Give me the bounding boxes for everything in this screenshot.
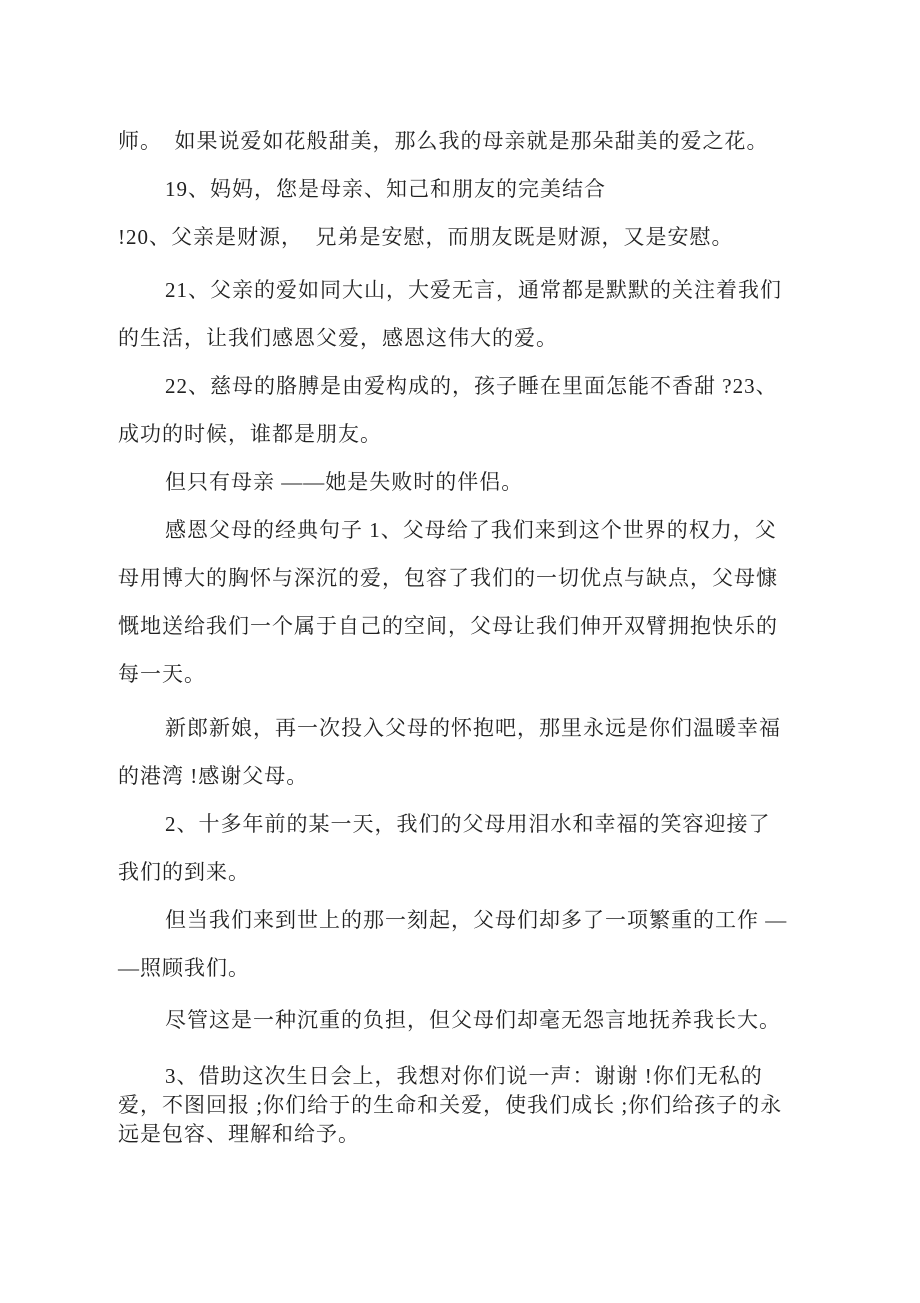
text-line: 师。 如果说爱如花般甜美，那么我的母亲就是那朵甜美的爱之花。	[118, 117, 820, 165]
text-line: 但当我们来到世上的那一刻起，父母们却多了一项繁重的工作 —	[118, 896, 820, 944]
text-line: 成功的时候，谁都是朋友。	[118, 410, 820, 458]
text-line: 19、妈妈，您是母亲、知己和朋友的完美结合	[118, 165, 820, 213]
text-line: 22、慈母的胳膊是由爱构成的，孩子睡在里面怎能不香甜 ?23、	[118, 362, 820, 410]
text-line: 的生活，让我们感恩父爱，感恩这伟大的爱。	[118, 314, 820, 362]
text-line: 感恩父母的经典句子 1、父母给了我们来到这个世界的权力，父	[118, 506, 820, 554]
paragraph: 师。 如果说爱如花般甜美，那么我的母亲就是那朵甜美的爱之花。	[118, 117, 820, 165]
paragraph: 但当我们来到世上的那一刻起，父母们却多了一项繁重的工作 — —照顾我们。	[118, 896, 820, 992]
paragraph: 感恩父母的经典句子 1、父母给了我们来到这个世界的权力，父 母用博大的胸怀与深沉…	[118, 506, 820, 698]
text-line: 母用博大的胸怀与深沉的爱，包容了我们的一切优点与缺点，父母慷	[118, 554, 820, 602]
document-page: 师。 如果说爱如花般甜美，那么我的母亲就是那朵甜美的爱之花。 19、妈妈，您是母…	[0, 0, 920, 1303]
paragraph: 但只有母亲 ——她是失败时的伴侣。	[118, 458, 820, 506]
text-line: 但只有母亲 ——她是失败时的伴侣。	[118, 458, 820, 506]
text-line: 慨地送给我们一个属于自己的空间，父母让我们伸开双臂拥抱快乐的	[118, 602, 820, 650]
text-line: 2、十多年前的某一天，我们的父母用泪水和幸福的笑容迎接了	[118, 800, 820, 848]
paragraph: 2、十多年前的某一天，我们的父母用泪水和幸福的笑容迎接了 我们的到来。	[118, 800, 820, 896]
paragraph: 3、借助这次生日会上，我想对你们说一声：谢谢 !你们无私的 爱，不图回报 ;你们…	[118, 1062, 820, 1149]
text-line: 每一天。	[118, 650, 820, 698]
text-line: 的港湾 !感谢父母。	[118, 752, 820, 800]
text-line: 新郎新娘，再一次投入父母的怀抱吧，那里永远是你们温暖幸福	[118, 704, 820, 752]
text-line: 21、父亲的爱如同大山，大爱无言，通常都是默默的关注着我们	[118, 266, 820, 314]
text-line: 爱，不图回报 ;你们给于的生命和关爱，使我们成长 ;你们给孩子的永	[118, 1091, 820, 1120]
text-line: 远是包容、理解和给予。	[118, 1120, 820, 1149]
text-line: 3、借助这次生日会上，我想对你们说一声：谢谢 !你们无私的	[118, 1062, 820, 1091]
paragraph: 21、父亲的爱如同大山，大爱无言，通常都是默默的关注着我们 的生活，让我们感恩父…	[118, 266, 820, 362]
paragraph: 尽管这是一种沉重的负担，但父母们却毫无怨言地抚养我长大。	[118, 996, 820, 1044]
paragraph: 19、妈妈，您是母亲、知己和朋友的完美结合	[118, 165, 820, 213]
text-line: —照顾我们。	[118, 944, 820, 992]
text-line: 尽管这是一种沉重的负担，但父母们却毫无怨言地抚养我长大。	[118, 996, 820, 1044]
text-line: 我们的到来。	[118, 848, 820, 896]
paragraph: 22、慈母的胳膊是由爱构成的，孩子睡在里面怎能不香甜 ?23、 成功的时候，谁都…	[118, 362, 820, 458]
paragraph: 新郎新娘，再一次投入父母的怀抱吧，那里永远是你们温暖幸福 的港湾 !感谢父母。	[118, 704, 820, 800]
text-line: !20、父亲是财源， 兄弟是安慰，而朋友既是财源，又是安慰。	[118, 213, 820, 261]
paragraph: !20、父亲是财源， 兄弟是安慰，而朋友既是财源，又是安慰。	[118, 213, 820, 261]
